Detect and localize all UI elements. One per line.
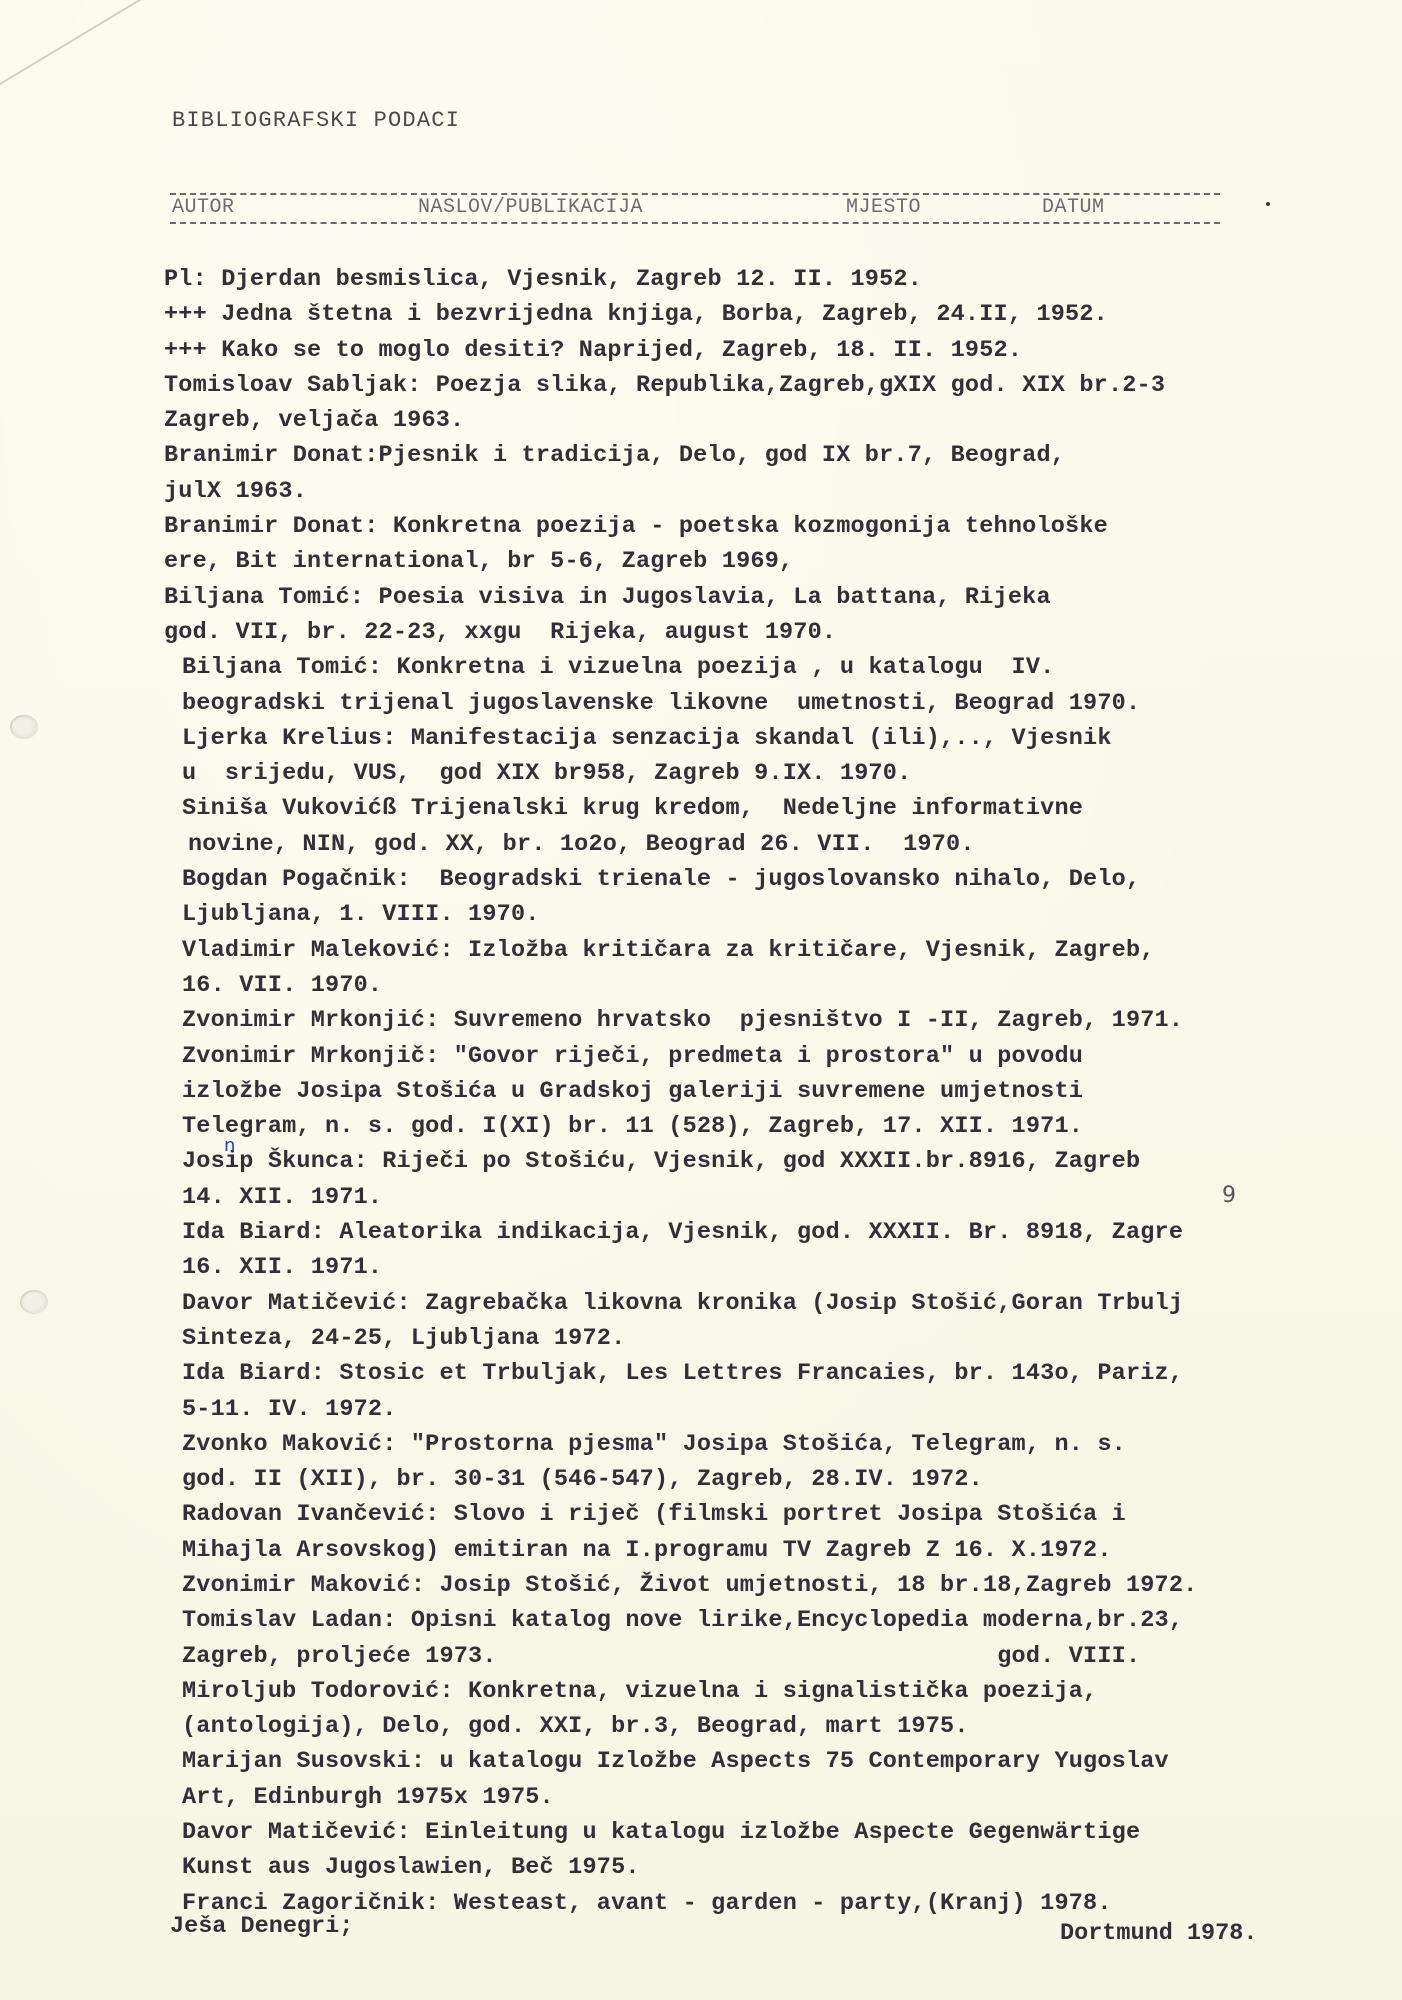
column-header-datum: DATUM bbox=[1042, 196, 1105, 219]
document-title: BIBLIOGRAFSKI PODACI bbox=[172, 108, 460, 133]
bibliography-line: ere, Bit international, br 5-6, Zagreb 1… bbox=[164, 544, 1402, 579]
punch-hole bbox=[10, 715, 38, 739]
bibliography-line: Ida Biard: Aleatorika indikacija, Vjesni… bbox=[164, 1215, 1402, 1250]
bibliography-line: Mihajla Arsovskog) emitiran na I.program… bbox=[164, 1533, 1402, 1568]
bibliography-line: Zvonimir Mrkonjič: "Govor riječi, predme… bbox=[164, 1039, 1402, 1074]
bibliography-line: Zvonimir Maković: Josip Stošić, Život um… bbox=[164, 1568, 1402, 1603]
bibliography-line: Vladimir Maleković: Izložba kritičara za… bbox=[164, 933, 1402, 968]
bibliography-line: 16. VII. 1970. bbox=[164, 968, 1402, 1003]
footer-author: Ješa Denegri; bbox=[170, 1913, 353, 1940]
handwritten-correction: n bbox=[224, 1135, 235, 1156]
column-header-naslov: NASLOV/PUBLIKACIJA bbox=[418, 196, 643, 219]
bibliography-line: novine, NIN, god. XX, br. 1o2o, Beograd … bbox=[164, 827, 1402, 862]
bibliography-line: Kunst aus Jugoslawien, Beč 1975. bbox=[164, 1850, 1402, 1885]
bibliography-line: +++ Jedna štetna i bezvrijedna knjiga, B… bbox=[164, 297, 1402, 332]
bibliography-line: Bogdan Pogačnik: Beogradski trienale - j… bbox=[164, 862, 1402, 897]
bibliography-line: Siniša Vukovićß Trijenalski krug kredom,… bbox=[164, 791, 1402, 826]
bibliography-line: beogradski trijenal jugoslavenske likovn… bbox=[164, 686, 1402, 721]
header-dot-mark bbox=[1266, 202, 1270, 206]
bibliography-line: Telegram, n. s. god. I(XI) br. 11 (528),… bbox=[164, 1109, 1402, 1144]
bibliography-line: Biljana Tomić: Konkretna i vizuelna poez… bbox=[164, 650, 1402, 685]
footer-place-date: Dortmund 1978. bbox=[1060, 1920, 1257, 1947]
bibliography-line: 5-11. IV. 1972. bbox=[164, 1392, 1402, 1427]
header-rule-bottom bbox=[170, 222, 1220, 224]
header-rule-top bbox=[170, 193, 1220, 195]
bibliography-line: Ida Biard: Stosic et Trbuljak, Les Lettr… bbox=[164, 1356, 1402, 1391]
bibliography-line: 16. XII. 1971. bbox=[164, 1250, 1402, 1285]
bibliography-line: Zvonimir Mrkonjić: Suvremeno hrvatsko pj… bbox=[164, 1003, 1402, 1038]
bibliography-line: Davor Matičević: Zagrebačka likovna kron… bbox=[164, 1286, 1402, 1321]
bibliography-line: Tomisloav Sabljak: Poezja slika, Republi… bbox=[164, 368, 1402, 403]
bibliography-line: god. II (XII), br. 30-31 (546-547), Zagr… bbox=[164, 1462, 1402, 1497]
bibliography-line: +++ Kako se to moglo desiti? Naprijed, Z… bbox=[164, 333, 1402, 368]
bibliography-line: Art, Edinburgh 1975x 1975. bbox=[164, 1780, 1402, 1815]
bibliography-line: 14. XII. 1971. bbox=[164, 1180, 1402, 1215]
bibliography-line: Branimir Donat:Pjesnik i tradicija, Delo… bbox=[164, 438, 1402, 473]
column-header-autor: AUTOR bbox=[172, 196, 235, 219]
handwritten-correction: 9 bbox=[1222, 1183, 1236, 1208]
bibliography-line: god. VII, br. 22-23, xxgu Rijeka, august… bbox=[164, 615, 1402, 650]
bibliography-line: Miroljub Todorović: Konkretna, vizuelna … bbox=[164, 1674, 1402, 1709]
column-header-mjesto: MJESTO bbox=[846, 196, 921, 219]
bibliography-line: Branimir Donat: Konkretna poezija - poet… bbox=[164, 509, 1402, 544]
bibliography-line: Tomislav Ladan: Opisni katalog nove liri… bbox=[164, 1603, 1402, 1638]
punch-hole bbox=[20, 1290, 48, 1314]
bibliography-line: Biljana Tomić: Poesia visiva in Jugoslav… bbox=[164, 580, 1402, 615]
bibliography-line: Josip Škunca: Riječi po Stošiću, Vjesnik… bbox=[164, 1144, 1402, 1179]
bibliography-line: Zagreb, veljača 1963. bbox=[164, 403, 1402, 438]
bibliography-line: izložbe Josipa Stošića u Gradskoj galeri… bbox=[164, 1074, 1402, 1109]
bibliography-line: Davor Matičević: Einleitung u katalogu i… bbox=[164, 1815, 1402, 1850]
bibliography-line: Marijan Susovski: u katalogu Izložbe Asp… bbox=[164, 1744, 1402, 1779]
bibliography-line: julX 1963. bbox=[164, 474, 1402, 509]
bibliography-line: Ljubljana, 1. VIII. 1970. bbox=[164, 897, 1402, 932]
bibliography-line: Zvonko Maković: "Prostorna pjesma" Josip… bbox=[164, 1427, 1402, 1462]
bibliography-line: Ljerka Krelius: Manifestacija senzacija … bbox=[164, 721, 1402, 756]
bibliography-line: u srijedu, VUS, god XIX br958, Zagreb 9.… bbox=[164, 756, 1402, 791]
bibliography-line: Radovan Ivančević: Slovo i riječ (filmsk… bbox=[164, 1497, 1402, 1532]
bibliography-entries: Pl: Djerdan besmislica, Vjesnik, Zagreb … bbox=[164, 262, 1402, 1921]
bibliography-line: (antologija), Delo, god. XXI, br.3, Beog… bbox=[164, 1709, 1402, 1744]
bibliography-line: Pl: Djerdan besmislica, Vjesnik, Zagreb … bbox=[164, 262, 1402, 297]
bibliography-line: Zagreb, proljeće 1973. god. VIII. bbox=[164, 1639, 1402, 1674]
bibliography-line: Sinteza, 24-25, Ljubljana 1972. bbox=[164, 1321, 1402, 1356]
